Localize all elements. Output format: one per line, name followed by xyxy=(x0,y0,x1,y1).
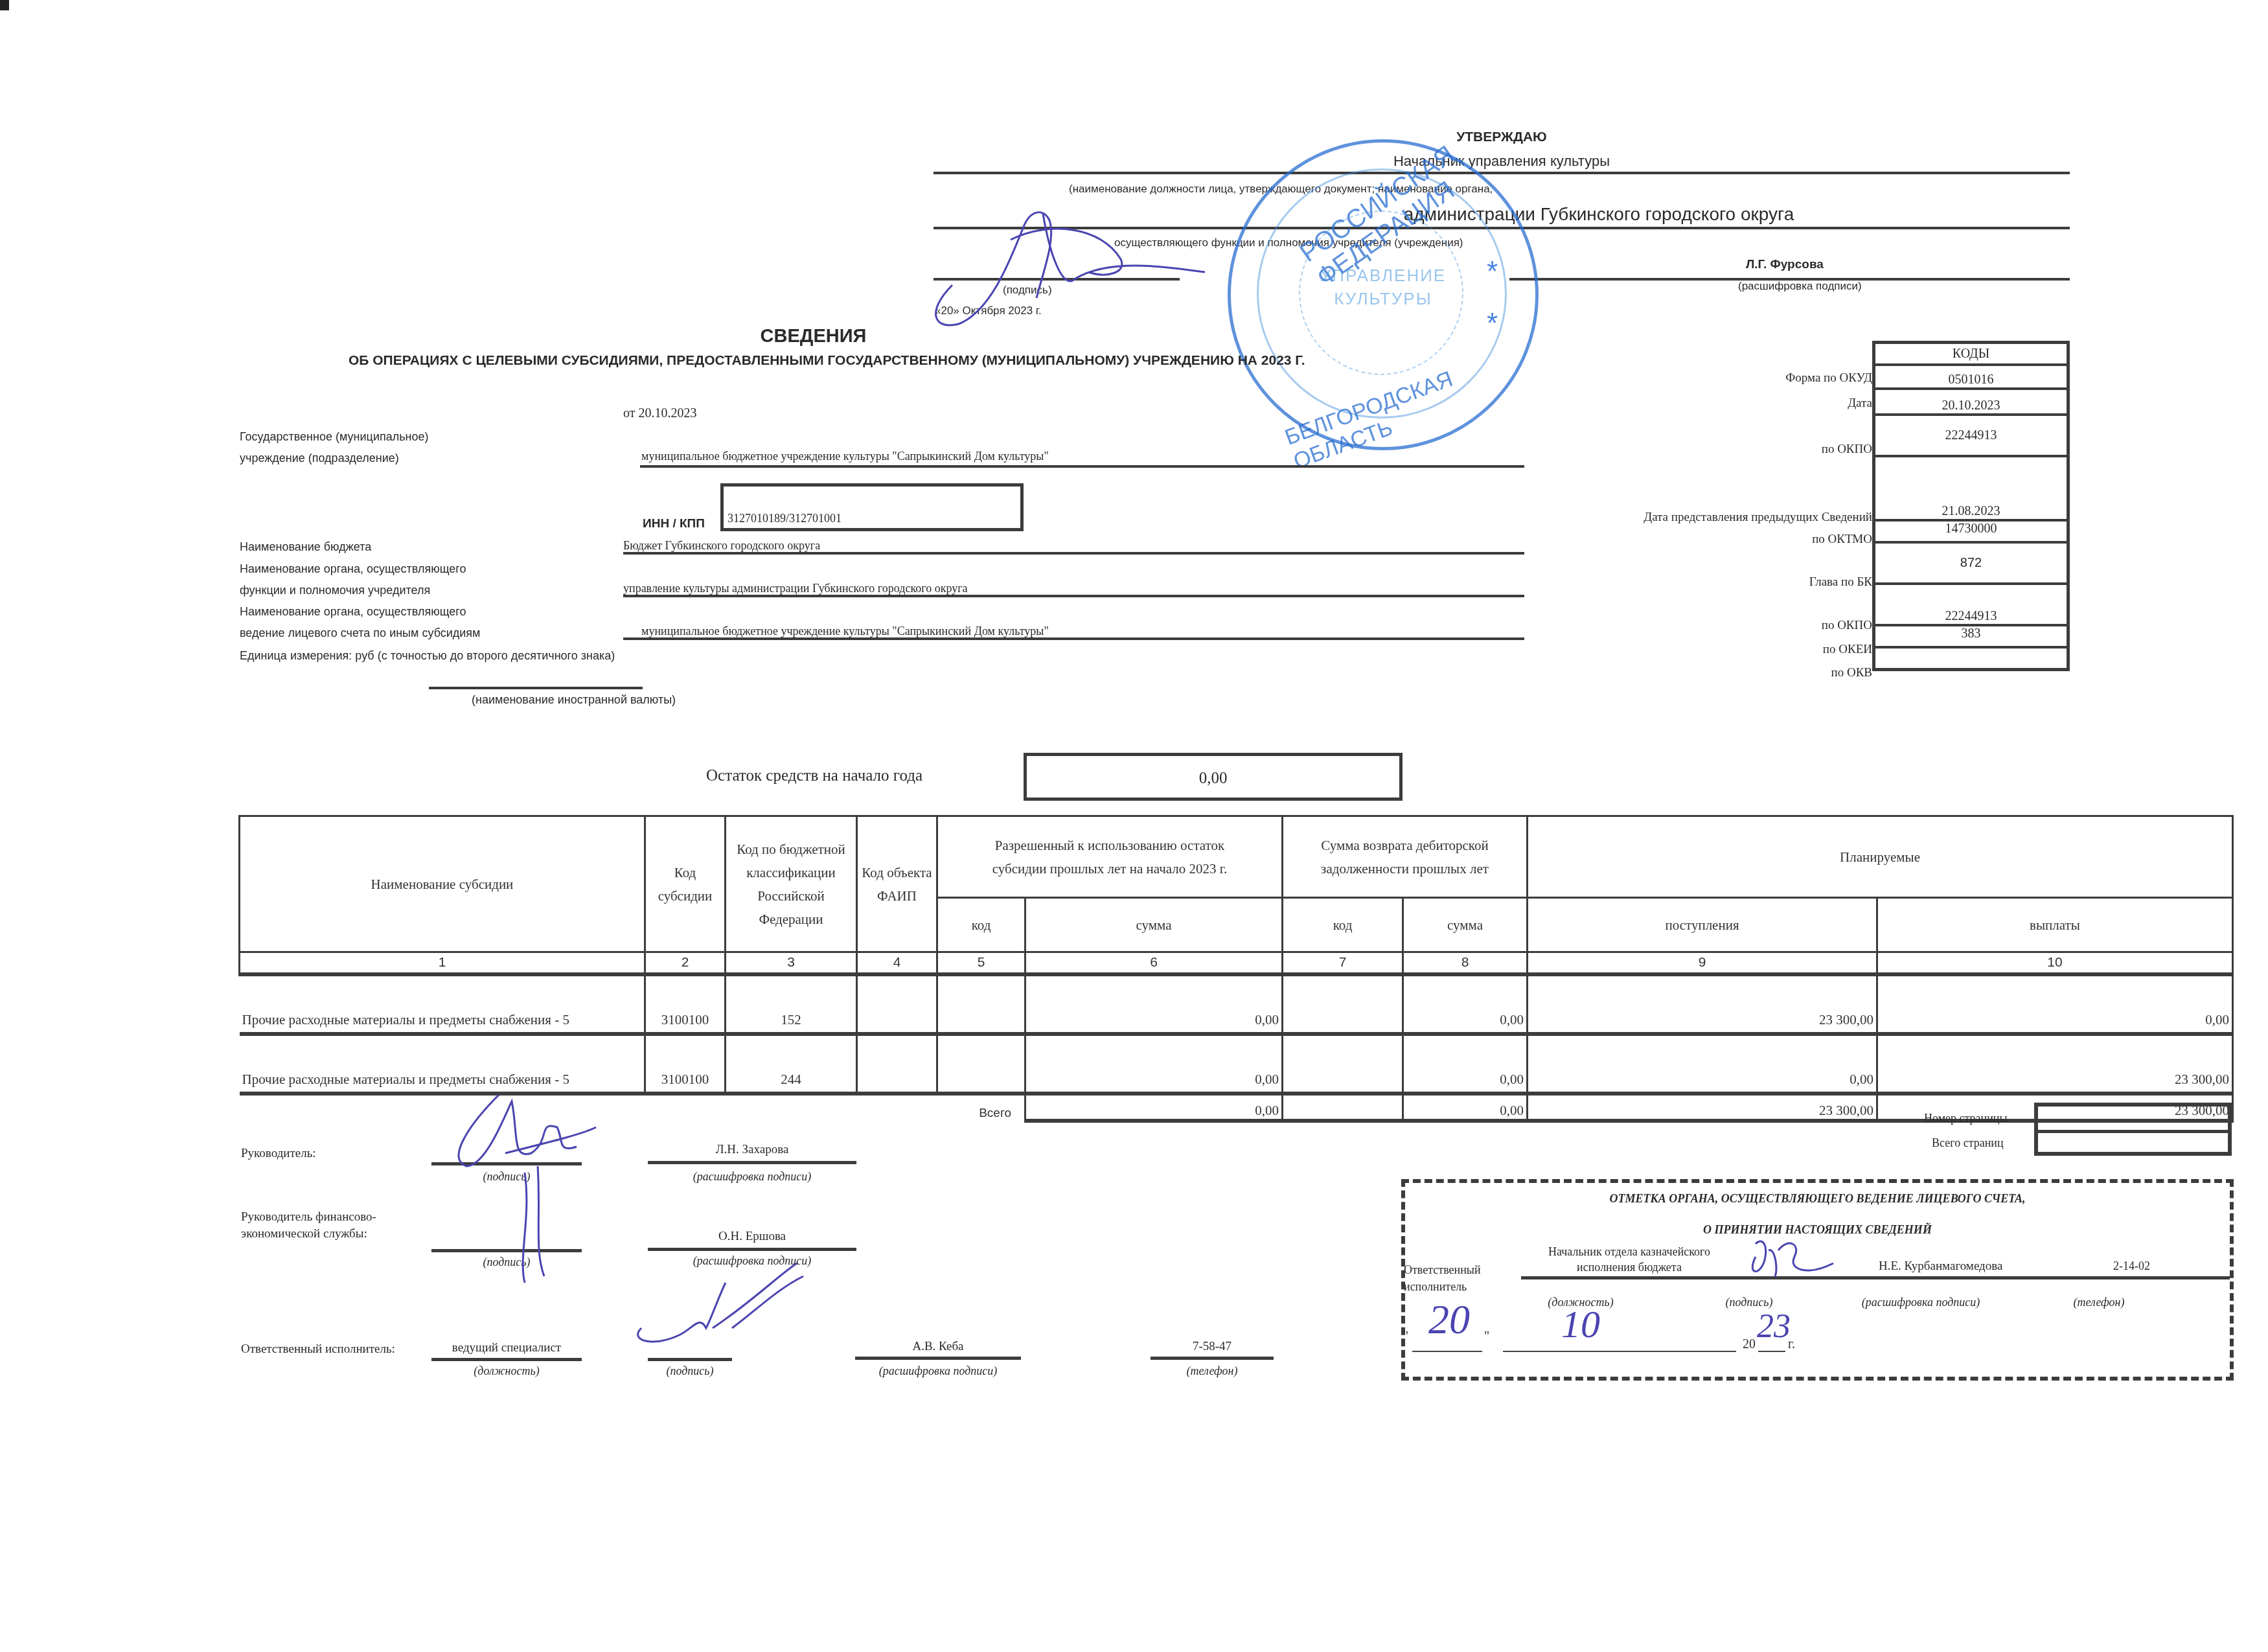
codes-label-okv: по ОКВ xyxy=(1831,666,1873,680)
row-bk-code: 244 xyxy=(726,1034,857,1094)
codes-label-okpo: по ОКПО xyxy=(1822,442,1872,457)
approver-signature-ink xyxy=(913,201,1250,337)
stamp-center-line-2: КУЛЬТУРЫ xyxy=(1231,289,1535,309)
column-numbers-row: 1 2 3 4 5 6 7 8 9 10 xyxy=(240,952,2233,975)
header-refund-sum: сумма xyxy=(1403,898,1528,952)
founder-line xyxy=(623,595,1524,597)
treasury-month-line xyxy=(1503,1351,1736,1352)
row-receipts: 0,00 xyxy=(1528,1034,1877,1094)
scan-edge-mark xyxy=(0,0,9,10)
header-subsidy-code: Код субсидии xyxy=(645,816,726,952)
column-number: 8 xyxy=(1403,952,1528,975)
total-refund-sum: 0,00 xyxy=(1403,1094,1528,1121)
inn-kpp-label: ИНН / КПП xyxy=(643,517,705,531)
column-number: 6 xyxy=(1025,952,1283,975)
code-okpo-2: 22244913 xyxy=(1874,584,2068,625)
unit-label: Единица измерения: руб (с точностью до в… xyxy=(240,649,615,663)
opening-balance-value: 0,00 xyxy=(1024,753,1403,801)
founder-label-2: функции и полномочия учредителя xyxy=(240,584,430,597)
finance-label-2: экономической службы: xyxy=(241,1227,367,1241)
code-okv xyxy=(1874,647,2068,670)
total-remainder-sum: 0,00 xyxy=(1025,1094,1283,1121)
head-name-caption: (расшифровка подписи) xyxy=(648,1170,856,1184)
pages-box xyxy=(2034,1103,2232,1156)
code-oktmo: 14730000 xyxy=(1874,520,2068,542)
currency-caption: (наименование иностранной валюты) xyxy=(472,693,676,707)
codes-label-okpo-2: по ОКПО xyxy=(1822,619,1872,633)
finance-label-1: Руководитель финансово- xyxy=(241,1210,376,1224)
account-value: муниципальное бюджетное учреждение культ… xyxy=(641,625,1049,638)
code-date: 20.10.2023 xyxy=(1874,389,2068,415)
budget-label: Наименование бюджета xyxy=(240,540,371,554)
column-number: 5 xyxy=(937,952,1025,975)
header-faip-code: Код объекта ФАИП xyxy=(857,816,937,952)
executor-signature-ink xyxy=(622,1257,816,1360)
code-okei: 383 xyxy=(1874,625,2068,647)
header-planned: Планируемые xyxy=(1528,816,2233,898)
codes-label-prev-date: Дата представления предыдущих Сведений xyxy=(1644,511,1872,525)
inn-kpp-value: 3127010189/312701001 xyxy=(727,512,842,525)
codes-table: КОДЫ 0501016 20.10.2023 22244913 21.08.2… xyxy=(1872,341,2070,671)
row-refund-sum: 0,00 xyxy=(1403,1034,1528,1094)
treasury-phone: 2-14-02 xyxy=(2113,1259,2150,1273)
treasury-executor-label-2: исполнитель xyxy=(1404,1280,1467,1294)
subsidies-table: Наименование субсидии Код субсидии Код п… xyxy=(238,815,2234,1123)
row-remainder-sum: 0,00 xyxy=(1025,974,1283,1034)
treasury-day-line xyxy=(1412,1351,1482,1352)
header-payments: выплаты xyxy=(1877,898,2233,952)
treasury-day-handwritten: 20 xyxy=(1428,1296,1470,1344)
treasury-signature-ink xyxy=(1743,1231,1859,1283)
treasury-name-caption: (расшифровка подписи) xyxy=(1850,1296,1992,1309)
treasury-name: Н.Е. Курбанмагомедова xyxy=(1879,1259,2002,1274)
row-refund-code xyxy=(1283,1034,1403,1094)
treasury-month-handwritten: 10 xyxy=(1561,1302,1600,1347)
executor-phone: 7-58-47 xyxy=(1151,1340,1274,1354)
institution-label-1: Государственное (муниципальное) xyxy=(240,430,429,444)
code-okud: 0501016 xyxy=(1874,365,2068,389)
row-subsidy-code: 3100100 xyxy=(645,974,726,1034)
column-number: 10 xyxy=(1877,952,2233,975)
stamp-star-icon: * xyxy=(1487,256,1498,288)
approval-signer-name: Л.Г. Фурсова xyxy=(1746,258,1824,272)
treasury-year-prefix: 20 xyxy=(1743,1337,1756,1352)
official-stamp: РОССИЙСКАЯ ФЕДЕРАЦИЯ БЕЛГОРОДСКАЯ ОБЛАСТ… xyxy=(1228,139,1539,450)
treasury-position-2: исполнения бюджета xyxy=(1522,1261,1736,1274)
row-subsidy-code: 3100100 xyxy=(645,1034,726,1094)
row-remainder-code xyxy=(937,1034,1025,1094)
founder-label-1: Наименование органа, осуществляющего xyxy=(240,562,466,576)
treasury-year-handwritten: 23 xyxy=(1757,1307,1791,1346)
executor-phone-caption: (телефон) xyxy=(1151,1364,1274,1378)
document-subtitle: ОБ ОПЕРАЦИЯХ С ЦЕЛЕВЫМИ СУБСИДИЯМИ, ПРЕД… xyxy=(349,353,1305,369)
table-row: Прочие расходные материалы и предметы сн… xyxy=(240,1034,2233,1094)
executor-label: Ответственный исполнитель: xyxy=(241,1342,395,1357)
executor-position: ведущий специалист xyxy=(431,1341,582,1355)
column-number: 2 xyxy=(645,952,726,975)
executor-position-line xyxy=(431,1358,582,1361)
account-label-2: ведение лицевого счета по иным субсидиям xyxy=(240,626,480,640)
date-quote-close: " xyxy=(1484,1329,1489,1344)
executor-position-caption: (должность) xyxy=(431,1364,582,1378)
budget-line xyxy=(623,552,1524,555)
treasury-executor-label-1: Ответственный xyxy=(1404,1263,1481,1277)
budget-value: Бюджет Губкинского городского округа xyxy=(623,539,820,553)
opening-balance-label: Остаток средств на начало года xyxy=(706,767,922,785)
head-signature-ink xyxy=(428,1088,635,1296)
row-remainder-code xyxy=(937,974,1025,1034)
codes-label-okud: Форма по ОКУД xyxy=(1785,371,1872,385)
head-name-line xyxy=(648,1161,856,1164)
treasury-phone-caption: (телефон) xyxy=(2060,1296,2138,1309)
stamp-star-icon: * xyxy=(1487,308,1498,340)
row-faip-code xyxy=(857,1034,937,1094)
account-line xyxy=(623,637,1524,640)
code-okpo: 22244913 xyxy=(1874,415,2068,456)
codes-label-okei: по ОКЕИ xyxy=(1823,643,1872,657)
founder-value: управление культуры администрации Губкин… xyxy=(623,582,968,595)
codes-label-glava-bk: Глава по БК xyxy=(1809,575,1872,590)
row-bk-code: 152 xyxy=(726,974,857,1034)
head-label: Руководитель: xyxy=(241,1147,316,1161)
treasury-year-line xyxy=(1758,1351,1785,1352)
header-bk-code: Код по бюджетной классификации Российско… xyxy=(726,816,857,952)
header-remainder-sum: сумма xyxy=(1025,898,1283,952)
column-number: 4 xyxy=(857,952,937,975)
header-refund: Сумма возврата дебиторской задолженности… xyxy=(1283,816,1528,898)
row-refund-code xyxy=(1283,974,1403,1034)
table-row: Прочие расходные материалы и предметы сн… xyxy=(240,974,2233,1034)
treasury-line xyxy=(1521,1276,2230,1279)
row-subsidy-name: Прочие расходные материалы и предметы сн… xyxy=(240,1034,645,1094)
header-subsidy-name: Наименование субсидии xyxy=(240,816,645,952)
row-refund-sum: 0,00 xyxy=(1403,974,1528,1034)
currency-line xyxy=(429,687,643,689)
executor-name: А.В. Кеба xyxy=(855,1340,1021,1354)
executor-name-line xyxy=(855,1357,1021,1360)
header-allowed-remainder: Разрешенный к использованию остаток субс… xyxy=(937,816,1283,898)
total-pages-label: Всего страниц xyxy=(1932,1136,2004,1150)
institution-line xyxy=(640,465,1524,468)
code-prev-date: 21.08.2023 xyxy=(1874,456,2068,520)
executor-signature-caption: (подпись) xyxy=(648,1364,732,1378)
header-receipts: поступления xyxy=(1528,898,1877,952)
total-refund-code xyxy=(1283,1094,1403,1121)
codes-header: КОДЫ xyxy=(1874,343,2068,365)
row-payments: 23 300,00 xyxy=(1877,1034,2233,1094)
institution-value: муниципальное бюджетное учреждение культ… xyxy=(641,450,1049,463)
row-receipts: 23 300,00 xyxy=(1528,974,1877,1034)
column-number: 7 xyxy=(1283,952,1403,975)
institution-label-2: учреждение (подразделение) xyxy=(240,452,399,465)
approval-signer-caption: (расшифровка подписи) xyxy=(1738,280,1862,293)
finance-name: О.Н. Ершова xyxy=(648,1230,856,1244)
column-number: 3 xyxy=(726,952,857,975)
executor-name-caption: (расшифровка подписи) xyxy=(855,1364,1021,1378)
page-number-value xyxy=(2038,1107,2228,1133)
codes-label-date: Дата xyxy=(1848,396,1872,411)
inn-kpp-box: 3127010189/312701001 xyxy=(720,483,1024,531)
header-remainder-code: код xyxy=(937,898,1025,952)
row-remainder-sum: 0,00 xyxy=(1025,1034,1283,1094)
header-refund-code: код xyxy=(1283,898,1403,952)
column-number: 1 xyxy=(240,952,645,975)
column-number: 9 xyxy=(1528,952,1877,975)
row-payments: 0,00 xyxy=(1877,974,2233,1034)
treasury-position-1: Начальник отдела казначейского xyxy=(1522,1245,1736,1259)
finance-name-line xyxy=(648,1248,856,1251)
row-subsidy-name: Прочие расходные материалы и предметы сн… xyxy=(240,974,645,1034)
code-glava-bk: 872 xyxy=(1874,542,2068,584)
account-label-1: Наименование органа, осуществляющего xyxy=(240,605,466,619)
document-title: СВЕДЕНИЯ xyxy=(238,326,1388,347)
total-receipts: 23 300,00 xyxy=(1528,1094,1877,1121)
executor-phone-line xyxy=(1151,1357,1274,1360)
head-name: Л.Н. Захарова xyxy=(648,1143,856,1157)
approval-position-line xyxy=(934,172,2070,174)
page-number-label: Номер страницы xyxy=(1924,1112,2008,1125)
codes-label-oktmo: по ОКТМО xyxy=(1812,533,1872,547)
date-quote-open: " xyxy=(1403,1329,1408,1344)
treasury-mark-title-1: ОТМЕТКА ОРГАНА, ОСУЩЕСТВЛЯЮЩЕГО ВЕДЕНИЕ … xyxy=(1401,1192,2234,1206)
row-faip-code xyxy=(857,974,937,1034)
document-date: от 20.10.2023 xyxy=(623,406,696,421)
